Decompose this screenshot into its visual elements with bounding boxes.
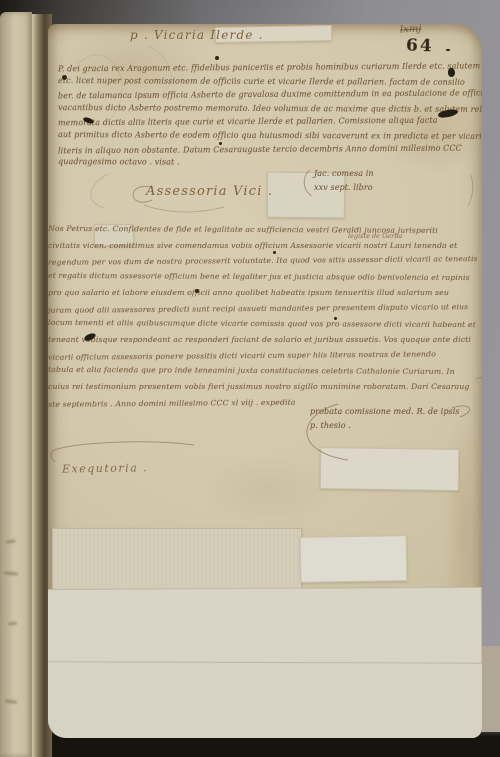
manuscript-line: cuius rei testimonium presentem vobis fi… [48, 379, 474, 395]
paper-patch [52, 528, 302, 592]
struck-folio-number: lxmj [400, 24, 422, 36]
manuscript-line: quadragesimo octavo . visat . [58, 155, 468, 170]
entry-assessoria-text: Nos Petrus etc. Confidentes de fide et l… [48, 222, 474, 410]
ink-spot [62, 75, 67, 80]
paper-patch [48, 587, 482, 667]
margin-note: Jac. comesa inxxv sept. libro [314, 167, 374, 194]
manuscript-line: Jac. comesa in [314, 167, 374, 181]
heading-vicaria-ilerde: p . Vicaria Ilerde . [130, 28, 264, 42]
manuscript-line: et regatis dictum assessorie officium be… [48, 268, 474, 286]
manuscript-line: probata comissione med. R. de ipsis [310, 405, 460, 419]
ink-showthrough [4, 571, 18, 575]
manuscript-line: xxv sept. libro [314, 181, 374, 195]
paper-stain [198, 454, 338, 524]
ink-spot [273, 251, 276, 254]
manuscript-line: Nos Petrus etc. Confidentes de fide et l… [48, 221, 474, 239]
closing-note: probata comissione med. R. de ipsisp. th… [310, 405, 460, 432]
paper-patch [300, 535, 408, 583]
manuscript-page: lxmj 64 p . Vicaria Ilerde . Assessoria … [48, 24, 482, 738]
ink-showthrough [6, 539, 16, 543]
ink-spot [446, 49, 450, 51]
folio-number: 64 [406, 36, 434, 57]
heading-assessoria: Assessoria Vici . [146, 184, 273, 199]
manuscript-photo: lxmj 64 p . Vicaria Ilerde . Assessoria … [0, 0, 500, 757]
ink-showthrough [8, 622, 17, 626]
ink-spot [195, 289, 199, 293]
exequtoria-label: Exequtoria . [62, 461, 148, 475]
manuscript-line: tabula et alia facienda que pro inde ten… [48, 362, 474, 380]
entry-vicaria-text: P. dei gracia rex Aragonum etc. ffidelib… [58, 61, 468, 170]
paper-patch [320, 447, 460, 491]
manuscript-line: teneant vobisque respondeant ac responde… [48, 332, 474, 348]
ink-spot [334, 317, 337, 320]
left-page-edge [0, 12, 32, 757]
ink-spot [215, 56, 219, 60]
manuscript-line: p. thesio . [310, 419, 460, 433]
manuscript-line: pro quo salario et labore eiusdem offici… [48, 285, 474, 301]
underlying-leaves-edge [481, 646, 500, 732]
ink-spot [219, 142, 222, 145]
paper-patch [48, 661, 482, 738]
ink-blot [448, 68, 455, 77]
manuscript-line: locum tenenti et aliis quibuscumque dict… [48, 315, 474, 333]
ink-showthrough [5, 699, 17, 703]
